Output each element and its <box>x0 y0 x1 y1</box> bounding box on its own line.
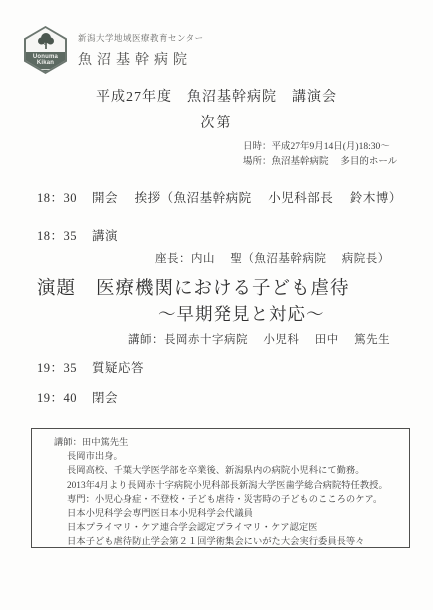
tree-icon <box>26 31 65 53</box>
logo-name-band: Uonuma Kikan <box>26 52 65 72</box>
event-program-page: Uonuma Kikan 新潟大学地域医療教育センター 魚沼基幹病院 平成27年… <box>0 0 433 610</box>
header: Uonuma Kikan 新潟大学地域医療教育センター 魚沼基幹病院 <box>24 26 204 74</box>
lecture-chair: 座長：内山 聖（魚沼基幹病院 病院長） <box>155 250 390 266</box>
schedule-label: 講演 <box>92 226 118 244</box>
schedule-time: 18：30 <box>37 188 77 206</box>
schedule-time: 19：35 <box>37 358 77 376</box>
schedule-time: 18：35 <box>37 226 77 244</box>
profile-heading: 講師：田中篤先生 <box>54 436 399 450</box>
profile-line: 日本小児科学会専門医日本小児科学会代議員 <box>54 507 399 521</box>
lecture-title-text: 医療機関における子ども虐待 <box>96 274 350 300</box>
hospital-logo: Uonuma Kikan <box>24 26 67 74</box>
speaker-profile-box: 講師：田中篤先生 長岡市出身。 長岡高校、千葉大学医学部を卒業後、新潟県内の病院… <box>31 428 410 548</box>
schedule-row-qa: 19：35 質疑応答 <box>37 358 144 376</box>
logo-background: Uonuma Kikan <box>26 28 65 72</box>
event-venue: 場所：魚沼基幹病院 多目的ホール <box>243 155 397 170</box>
header-text: 新潟大学地域医療教育センター 魚沼基幹病院 <box>78 32 204 69</box>
schedule-label: 閉会 <box>92 388 118 406</box>
lecture-title-label: 演題 <box>37 274 76 300</box>
schedule-row-lecture: 18：35 講演 <box>37 226 118 244</box>
profile-line: 専門：小児心身症・不登校・子ども虐待・災害時の子どものこころのケア。 <box>54 493 399 507</box>
document-subtitle: 次第 <box>0 112 433 132</box>
hospital-name: 魚沼基幹病院 <box>78 49 204 69</box>
profile-line: 日本子ども虐待防止学会第２１回学術集会にいがた大会実行委員長等々 <box>54 535 399 549</box>
lecture-subtitle: ～早期発見と対応～ <box>158 301 325 326</box>
schedule-time: 19：40 <box>37 388 77 406</box>
logo-name-line2: Kikan <box>37 60 54 67</box>
organization-name: 新潟大学地域医療教育センター <box>78 32 204 44</box>
schedule-row-opening: 18：30 開会 挨拶（魚沼基幹病院 小児科部長 鈴木博） <box>37 188 402 206</box>
schedule-row-closing: 19：40 閉会 <box>37 388 118 406</box>
profile-line: 日本プライマリ・ケア連合学会認定プライマリ・ケア認定医 <box>54 521 399 535</box>
lecture-title-line: 演題 医療機関における子ども虐待 <box>37 274 350 300</box>
event-datetime: 日時：平成27年9月14日(月)18:30～ <box>243 140 397 155</box>
profile-line: 2013年4月より長岡赤十字病院小児科部長新潟大学医歯学総合病院特任教授。 <box>54 479 399 493</box>
schedule-label: 質疑応答 <box>92 358 144 376</box>
event-meta: 日時：平成27年9月14日(月)18:30～ 場所：魚沼基幹病院 多目的ホール <box>243 140 397 170</box>
profile-line: 長岡市出身。 <box>54 450 399 464</box>
schedule-label: 開会 挨拶（魚沼基幹病院 小児科部長 鈴木博） <box>92 188 402 206</box>
document-title: 平成27年度 魚沼基幹病院 講演会 <box>0 86 433 106</box>
profile-line: 長岡高校、千葉大学医学部を卒業後、新潟県内の病院小児科にて勤務。 <box>54 464 399 478</box>
lecture-speaker: 講師：長岡赤十字病院 小児科 田中 篤先生 <box>128 331 390 347</box>
logo-divider <box>37 69 55 70</box>
